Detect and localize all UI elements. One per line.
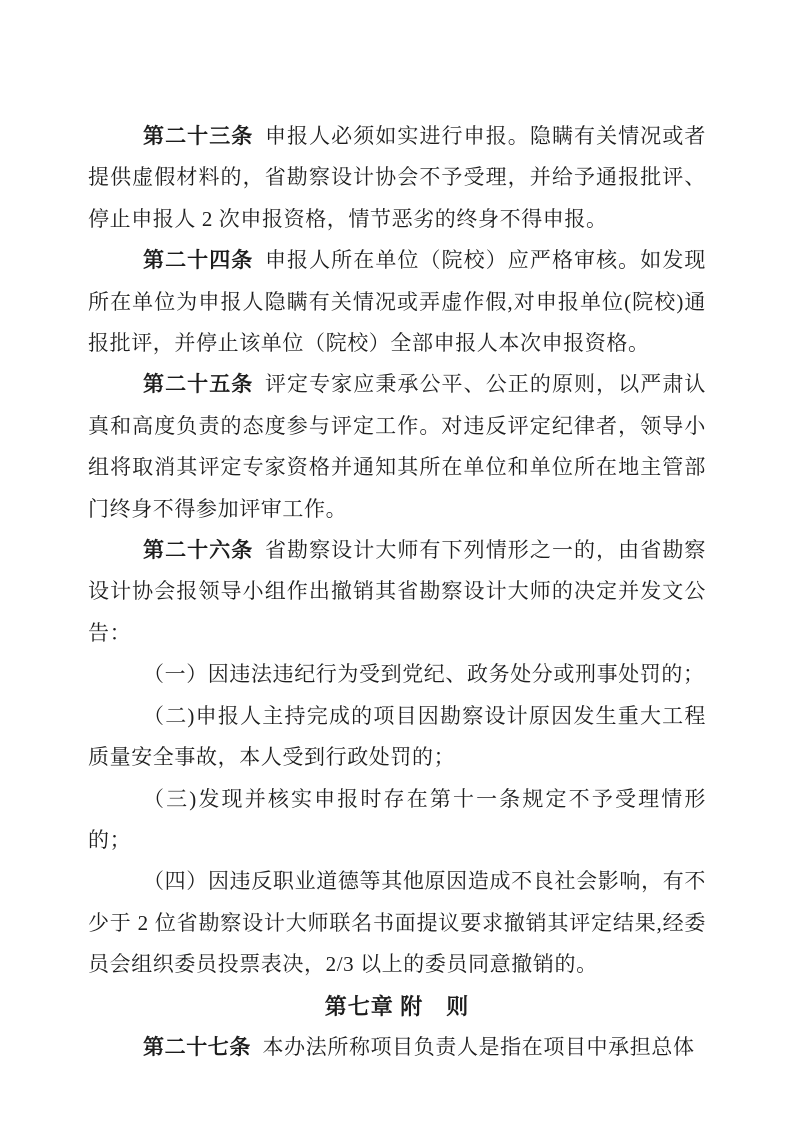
article-24-paragraph: 第二十四条申报人所在单位（院校）应严格审核。如发现所在单位为申报人隐瞒有关情况或… [88, 240, 706, 364]
article-26-item-3: （三)发现并核实申报时存在第十一条规定不予受理情形的； [88, 779, 706, 862]
article-26-item-2: （二)申报人主持完成的项目因勘察设计原因发生重大工程质量安全事故，本人受到行政处… [88, 696, 706, 779]
article-26-paragraph: 第二十六条省勘察设计大师有下列情形之一的，由省勘察设计协会报领导小组作出撤销其省… [88, 530, 706, 654]
article-26-item-4: （四）因违反职业道德等其他原因造成不良社会影响，有不少于 2 位省勘察设计大师联… [88, 861, 706, 985]
article-25-number: 第二十五条 [143, 372, 253, 396]
chapter-7-heading: 第七章 附 则 [88, 986, 706, 1027]
article-23-paragraph: 第二十三条申报人必须如实进行申报。隐瞒有关情况或者提供虚假材料的，省勘察设计协会… [88, 116, 706, 240]
article-27-paragraph: 第二十七条本办法所称项目负责人是指在项目中承担总体 [88, 1027, 706, 1068]
article-25-paragraph: 第二十五条评定专家应秉承公平、公正的原则，以严肃认真和高度负责的态度参与评定工作… [88, 364, 706, 530]
item-1-text: （一）因违法违纪行为受到党纪、政务处分或刑事处罚的； [143, 662, 705, 686]
article-26-item-1: （一）因违法违纪行为受到党纪、政务处分或刑事处罚的； [88, 654, 706, 695]
article-27-text: 本办法所称项目负责人是指在项目中承担总体 [263, 1035, 695, 1059]
item-3-text: （三)发现并核实申报时存在第十一条规定不予受理情形的； [88, 787, 706, 852]
document-page: 第二十三条申报人必须如实进行申报。隐瞒有关情况或者提供虚假材料的，省勘察设计协会… [0, 0, 794, 1123]
article-24-number: 第二十四条 [143, 248, 253, 272]
article-27-number: 第二十七条 [143, 1035, 251, 1059]
article-26-number: 第二十六条 [143, 538, 253, 562]
item-4-text: （四）因违反职业道德等其他原因造成不良社会影响，有不少于 2 位省勘察设计大师联… [88, 869, 706, 976]
item-2-text: （二)申报人主持完成的项目因勘察设计原因发生重大工程质量安全事故，本人受到行政处… [88, 704, 706, 769]
article-23-number: 第二十三条 [143, 124, 253, 148]
